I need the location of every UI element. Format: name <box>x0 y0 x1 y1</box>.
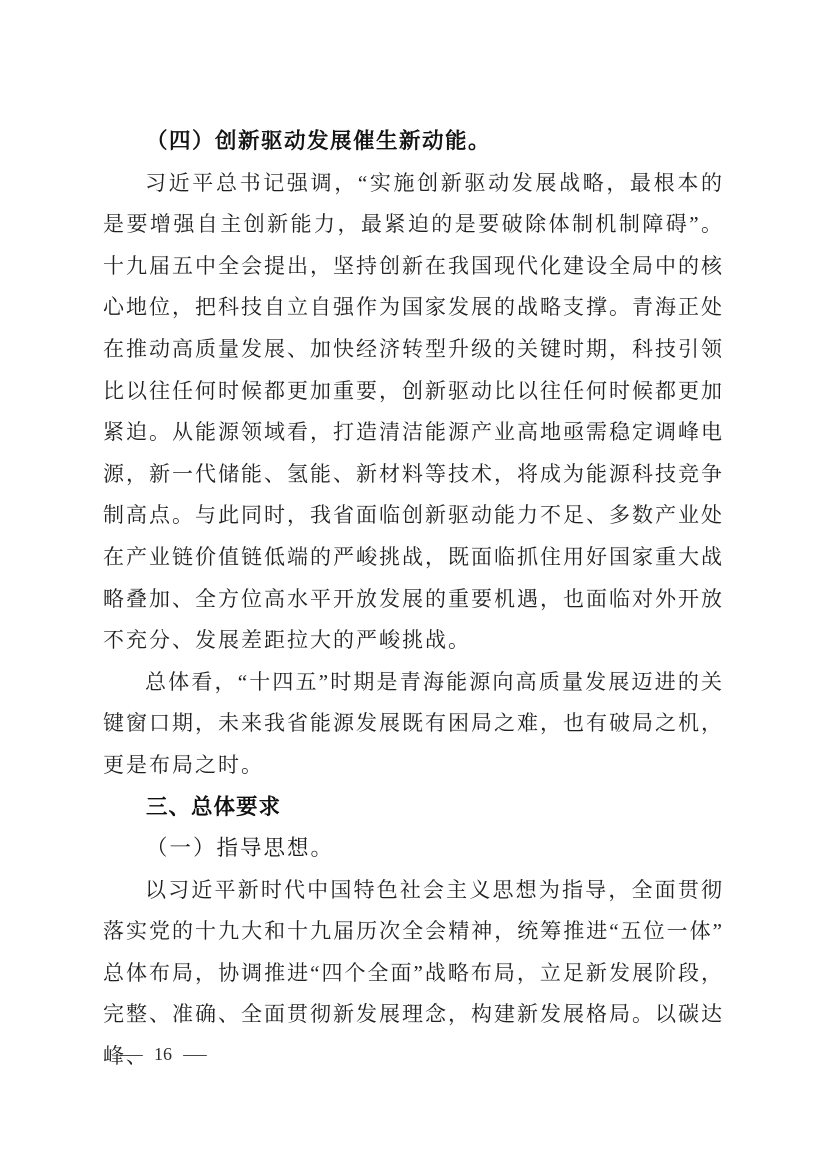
footer-right-dash: — <box>183 1044 206 1065</box>
page-number: 16 <box>154 1044 172 1065</box>
paragraph-2: 总体看，“十四五”时期是青海能源向高质量发展迈进的关键窗口期，未来我省能源发展既… <box>103 662 724 787</box>
heading-section-4: （四）创新驱动发展催生新动能。 <box>103 121 724 163</box>
document-body: （四）创新驱动发展催生新动能。 习近平总书记强调，“实施创新驱动发展战略，最根本… <box>103 121 724 1078</box>
paragraph-1: 习近平总书记强调，“实施创新驱动发展战略，最根本的是要增强自主创新能力，最紧迫的… <box>103 163 724 662</box>
heading-chapter-3: 三、总体要求 <box>103 787 724 829</box>
document-page: （四）创新驱动发展催生新动能。 习近平总书记强调，“实施创新驱动发展战略，最根本… <box>0 0 827 1169</box>
page-footer: — 16 — <box>122 1044 204 1065</box>
footer-left-dash: — <box>119 1044 142 1065</box>
heading-clause-1: （一）指导思想。 <box>103 828 724 870</box>
